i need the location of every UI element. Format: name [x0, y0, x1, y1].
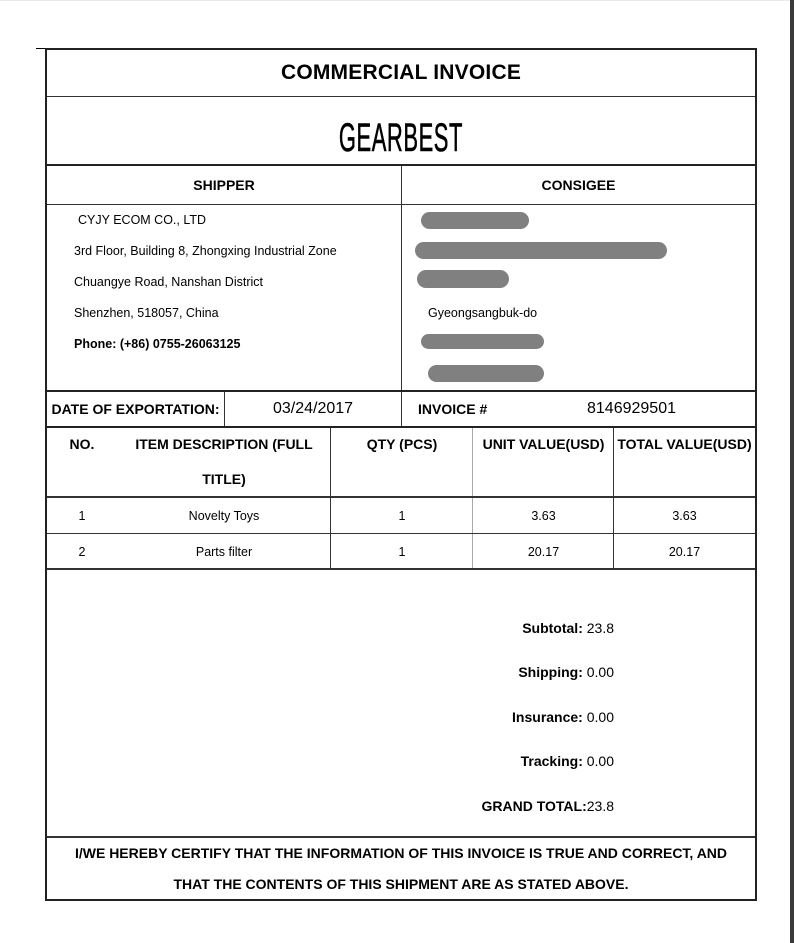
column-header-no: NO. [47, 436, 117, 452]
row-description: Novelty Toys [117, 498, 331, 533]
shipping-label: Shipping: [518, 664, 583, 680]
certification-line1: I/WE HEREBY CERTIFY THAT THE INFORMATION… [47, 845, 755, 861]
date-of-exportation-value: 03/24/2017 [225, 392, 401, 426]
date-of-exportation-label: DATE OF EXPORTATION: [47, 392, 224, 426]
shipper-phone: Phone: (+86) 0755-26063125 [74, 337, 240, 351]
invoice-number-value: 8146929501 [587, 392, 676, 426]
page-top-edge [0, 0, 794, 1]
subtotal-value: 23.8 [587, 620, 614, 636]
column-header-description: ITEM DESCRIPTION (FULL TITLE) [117, 436, 331, 488]
grand-total-label: GRAND TOTAL: [482, 798, 587, 814]
divider [47, 426, 755, 428]
tracking: Tracking: 0.00 [521, 753, 614, 769]
divider [401, 392, 402, 426]
shipping: Shipping: 0.00 [518, 664, 614, 680]
certification-line2: THAT THE CONTENTS OF THIS SHIPMENT ARE A… [47, 876, 755, 892]
shipper-address-line: 3rd Floor, Building 8, Zhongxing Industr… [74, 244, 337, 258]
shipping-value: 0.00 [587, 664, 614, 680]
row-no: 2 [47, 534, 117, 569]
column-header-total-value: TOTAL VALUE(USD) [614, 436, 755, 452]
row-description: Parts filter [117, 534, 331, 569]
shipper-company: CYJY ECOM CO., LTD [78, 213, 206, 227]
grand-total: GRAND TOTAL:23.8 [482, 798, 615, 814]
row-no: 1 [47, 498, 117, 533]
shipper-header: SHIPPER [47, 166, 401, 204]
divider [47, 568, 755, 570]
row-total-value: 20.17 [614, 534, 755, 569]
redacted-text [421, 334, 544, 349]
page-scrollbar-edge [790, 0, 794, 943]
divider [47, 836, 755, 838]
column-header-unit-value: UNIT VALUE(USD) [473, 436, 614, 452]
invoice-number-label: INVOICE # [418, 392, 487, 426]
grand-total-value: 23.8 [587, 798, 614, 814]
insurance-value: 0.00 [587, 709, 614, 725]
row-unit-value: 20.17 [473, 534, 614, 569]
redacted-text [428, 365, 544, 382]
column-header-description-line2: TITLE) [117, 471, 331, 488]
row-qty: 1 [331, 498, 473, 533]
tracking-value: 0.00 [587, 753, 614, 769]
divider [401, 166, 402, 391]
consignee-region: Gyeongsangbuk-do [428, 306, 537, 320]
row-unit-value: 3.63 [473, 498, 614, 533]
row-qty: 1 [331, 534, 473, 569]
shipper-address-line: Shenzhen, 518057, China [74, 306, 219, 320]
redacted-text [415, 242, 667, 259]
shipper-address-line: Chuangye Road, Nanshan District [74, 275, 263, 289]
invoice-title: COMMERCIAL INVOICE [47, 50, 755, 96]
invoice-table: COMMERCIAL INVOICE GEARBEST SHIPPER CONS… [45, 48, 757, 901]
tracking-label: Tracking: [521, 753, 583, 769]
column-header-description-line1: ITEM DESCRIPTION (FULL [117, 436, 331, 453]
consignee-header: CONSIGEE [402, 166, 755, 204]
insurance: Insurance: 0.00 [512, 709, 614, 725]
column-header-qty: QTY (PCS) [331, 436, 473, 452]
brand-logo: GEARBEST [47, 97, 755, 164]
subtotal: Subtotal: 23.8 [522, 620, 614, 636]
row-total-value: 3.63 [614, 498, 755, 533]
gearbest-logo-text: GEARBEST [339, 118, 463, 164]
insurance-label: Insurance: [512, 709, 583, 725]
redacted-text [421, 212, 529, 229]
redacted-text [417, 270, 509, 288]
subtotal-label: Subtotal: [522, 620, 583, 636]
